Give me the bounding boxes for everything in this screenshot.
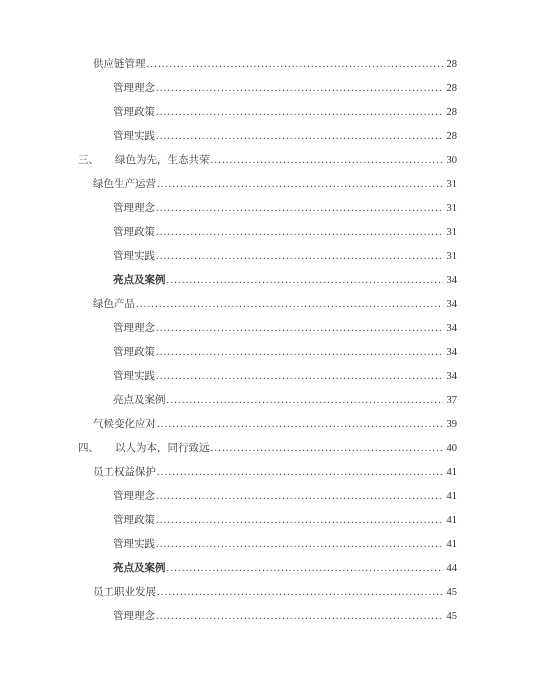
toc-entry[interactable]: 管理政策 ...................................…: [78, 221, 457, 245]
toc-entry[interactable]: 供应链管理 ..................................…: [78, 53, 457, 77]
toc-entry-title: 员工职业发展: [93, 581, 156, 605]
toc-entry-number: 三、: [78, 149, 115, 173]
toc-entry-title: 管理理念: [113, 77, 155, 101]
toc-entry[interactable]: 管理理念 ...................................…: [78, 197, 457, 221]
toc-leader-dots: ........................................…: [156, 605, 443, 629]
toc-entry-title: 管理实践: [113, 365, 155, 389]
toc-entry-title: 管理政策: [113, 221, 155, 245]
toc-leader-dots: ........................................…: [157, 461, 443, 485]
toc-entry-title: 绿色为先，生态共荣: [115, 149, 210, 173]
toc-page-number: 31: [445, 221, 457, 245]
toc-leader-dots: ........................................…: [147, 53, 444, 77]
toc-leader-dots: ........................................…: [156, 365, 443, 389]
toc-entry[interactable]: 管理理念 ...................................…: [78, 317, 457, 341]
toc-leader-dots: ........................................…: [157, 173, 443, 197]
toc-entry-title: 管理理念: [113, 317, 155, 341]
toc-page-number: 34: [445, 269, 457, 293]
toc-entry[interactable]: 管理政策 ...................................…: [78, 509, 457, 533]
toc-entry-title: 亮点及案例: [113, 557, 166, 581]
toc-entry[interactable]: 亮点及案例 ..................................…: [78, 389, 457, 413]
toc-entry-title: 管理实践: [113, 125, 155, 149]
toc-leader-dots: ........................................…: [156, 317, 443, 341]
table-of-contents: 供应链管理 ..................................…: [78, 53, 457, 629]
toc-leader-dots: ........................................…: [167, 557, 444, 581]
toc-page-number: 44: [445, 557, 457, 581]
toc-page-number: 40: [445, 437, 457, 461]
toc-entry[interactable]: 管理实践 ...................................…: [78, 245, 457, 269]
toc-page-number: 31: [445, 197, 457, 221]
toc-entry[interactable]: 管理政策 ...................................…: [78, 101, 457, 125]
toc-leader-dots: ........................................…: [167, 389, 444, 413]
toc-entry[interactable]: 员工职业发展 .................................…: [78, 581, 457, 605]
toc-entry-title: 员工权益保护: [93, 461, 156, 485]
toc-page-number: 41: [445, 485, 457, 509]
toc-page-number: 37: [445, 389, 457, 413]
toc-page-number: 45: [445, 605, 457, 629]
toc-entry[interactable]: 管理实践 ...................................…: [78, 365, 457, 389]
toc-entry-title: 以人为本，同行致远: [115, 437, 210, 461]
toc-entry-title: 管理政策: [113, 509, 155, 533]
toc-entry[interactable]: 员工权益保护 .................................…: [78, 461, 457, 485]
toc-entry-title: 供应链管理: [93, 53, 146, 77]
toc-entry[interactable]: 管理实践 ...................................…: [78, 125, 457, 149]
toc-page-number: 28: [445, 101, 457, 125]
toc-page-number: 39: [445, 413, 457, 437]
toc-page-number: 28: [445, 77, 457, 101]
toc-page-number: 28: [445, 125, 457, 149]
toc-leader-dots: ........................................…: [156, 245, 443, 269]
toc-entry-title: 亮点及案例: [113, 389, 166, 413]
toc-entry[interactable]: 管理理念 ...................................…: [78, 77, 457, 101]
toc-entry[interactable]: 亮点及案例 ..................................…: [78, 557, 457, 581]
toc-entry-title: 管理实践: [113, 245, 155, 269]
toc-leader-dots: ........................................…: [211, 437, 444, 461]
toc-entry-number: 四、: [78, 437, 115, 461]
toc-page-number: 28: [445, 53, 457, 77]
toc-leader-dots: ........................................…: [136, 293, 443, 317]
toc-entry-title: 绿色生产运营: [93, 173, 156, 197]
toc-page-number: 41: [445, 533, 457, 557]
toc-entry-title: 气候变化应对: [93, 413, 156, 437]
toc-page-number: 41: [445, 509, 457, 533]
toc-entry[interactable]: 管理实践 ...................................…: [78, 533, 457, 557]
toc-page-number: 45: [445, 581, 457, 605]
toc-entry-title: 管理理念: [113, 605, 155, 629]
toc-entry-title: 亮点及案例: [113, 269, 166, 293]
toc-entry[interactable]: 三、 绿色为先，生态共荣 ...........................…: [78, 149, 457, 173]
toc-page-number: 34: [445, 317, 457, 341]
toc-page-number: 41: [445, 461, 457, 485]
toc-entry[interactable]: 绿色生产运营 .................................…: [78, 173, 457, 197]
toc-page-number: 34: [445, 293, 457, 317]
toc-leader-dots: ........................................…: [157, 413, 443, 437]
toc-leader-dots: ........................................…: [156, 125, 443, 149]
toc-entry[interactable]: 四、 以人为本，同行致远 ...........................…: [78, 437, 457, 461]
toc-page-number: 34: [445, 341, 457, 365]
toc-entry[interactable]: 管理政策 ...................................…: [78, 341, 457, 365]
toc-page-number: 30: [445, 149, 457, 173]
toc-entry[interactable]: 管理理念 ...................................…: [78, 485, 457, 509]
toc-entry[interactable]: 管理理念 ...................................…: [78, 605, 457, 629]
toc-entry-title: 管理实践: [113, 533, 155, 557]
toc-leader-dots: ........................................…: [211, 149, 444, 173]
toc-entry[interactable]: 气候变化应对 .................................…: [78, 413, 457, 437]
toc-leader-dots: ........................................…: [157, 581, 443, 605]
toc-leader-dots: ........................................…: [156, 533, 443, 557]
toc-leader-dots: ........................................…: [167, 269, 444, 293]
toc-leader-dots: ........................................…: [156, 221, 443, 245]
toc-entry[interactable]: 亮点及案例 ..................................…: [78, 269, 457, 293]
toc-leader-dots: ........................................…: [156, 77, 443, 101]
toc-leader-dots: ........................................…: [156, 509, 443, 533]
toc-leader-dots: ........................................…: [156, 197, 443, 221]
toc-leader-dots: ........................................…: [156, 341, 443, 365]
toc-page-number: 31: [445, 173, 457, 197]
toc-entry-title: 管理理念: [113, 197, 155, 221]
toc-entry[interactable]: 绿色产品 ...................................…: [78, 293, 457, 317]
document-page: 供应链管理 ..................................…: [0, 0, 537, 696]
toc-entry-title: 管理政策: [113, 101, 155, 125]
toc-leader-dots: ........................................…: [156, 101, 443, 125]
toc-entry-title: 管理理念: [113, 485, 155, 509]
toc-leader-dots: ........................................…: [156, 485, 443, 509]
toc-entry-title: 管理政策: [113, 341, 155, 365]
toc-page-number: 31: [445, 245, 457, 269]
toc-page-number: 34: [445, 365, 457, 389]
toc-entry-title: 绿色产品: [93, 293, 135, 317]
